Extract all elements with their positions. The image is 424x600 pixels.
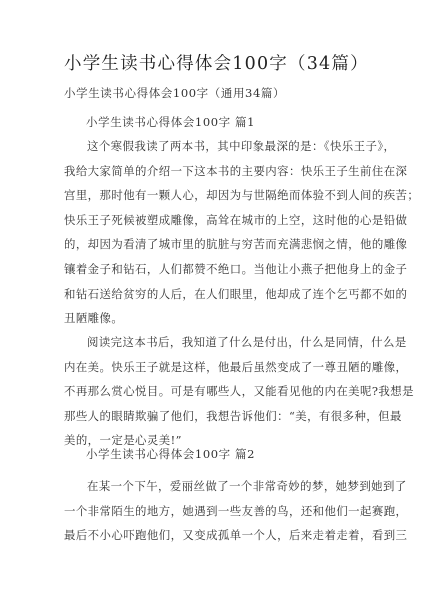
document-page: 小学生读书心得体会100字（34篇） 小学生读书心得体会100字（通用34篇） … bbox=[0, 0, 424, 600]
text-line: 我给大家简单的介绍一下这本书的主要内容：快乐王子生前住在深 bbox=[64, 159, 364, 184]
text-line: 这个寒假我读了两本书，其中印象最深的是：《快乐王子》， bbox=[64, 134, 364, 159]
text-line: 和钻石送给贫穷的人后，在人们眼里，他却成了连个乞丐都不如的 bbox=[64, 282, 364, 307]
text-line: 的，却因为看清了城市里的肮脏与穷苦而充满悲悯之情，他的雕像 bbox=[64, 232, 364, 257]
section-1-paragraph-2: 阅读完这本书后，我知道了什么是付出，什么是同情，什么是 内在美。快乐王子就是这样… bbox=[64, 330, 364, 453]
text-line: 在某一个下午，爱丽丝做了一个非常奇妙的梦，她梦到她到了 bbox=[64, 474, 364, 499]
text-line: 快乐王子死候被塑成雕像，高耸在城市的上空，这时他的心是铅做 bbox=[64, 208, 364, 233]
text-line: 镶着金子和钻石，人们都赞不绝口。当他让小燕子把他身上的金子 bbox=[64, 257, 364, 282]
text-line: 宫里，那时他有一颗人心，却因为与世隔绝而体验不到人间的疾苦； bbox=[64, 183, 364, 208]
section-heading-1: 小学生读书心得体会100字 篇1 bbox=[86, 114, 255, 130]
text-line: 不再那么赏心悦目。可是有哪些人，又能看见他的内在美呢?我想是 bbox=[64, 379, 364, 404]
text-line: 一个非常陌生的地方，她遇到一些友善的鸟，还和他们一起赛跑， bbox=[64, 499, 364, 524]
text-line: 内在美。快乐王子就是这样，他最后虽然变成了一尊丑陋的雕像， bbox=[64, 355, 364, 380]
text-line: 阅读完这本书后，我知道了什么是付出，什么是同情，什么是 bbox=[64, 330, 364, 355]
text-line: 最后不小心吓跑他们，又变成孤单一个人，后来走着走着，看到三 bbox=[64, 523, 364, 548]
text-line: 丑陋雕像。 bbox=[64, 306, 364, 331]
section-1-paragraph-1: 这个寒假我读了两本书，其中印象最深的是：《快乐王子》， 我给大家简单的介绍一下这… bbox=[64, 134, 364, 331]
section-heading-2: 小学生读书心得体会100字 篇2 bbox=[86, 446, 255, 462]
section-2-paragraph-1: 在某一个下午，爱丽丝做了一个非常奇妙的梦，她梦到她到了 一个非常陌生的地方，她遇… bbox=[64, 474, 364, 548]
document-title: 小学生读书心得体会100字（34篇） bbox=[64, 50, 369, 75]
text-line: 那些人的眼睛欺骗了他们，我想告诉他们：“美，有很多种，但最 bbox=[64, 404, 364, 429]
document-subtitle: 小学生读书心得体会100字（通用34篇） bbox=[64, 85, 285, 101]
